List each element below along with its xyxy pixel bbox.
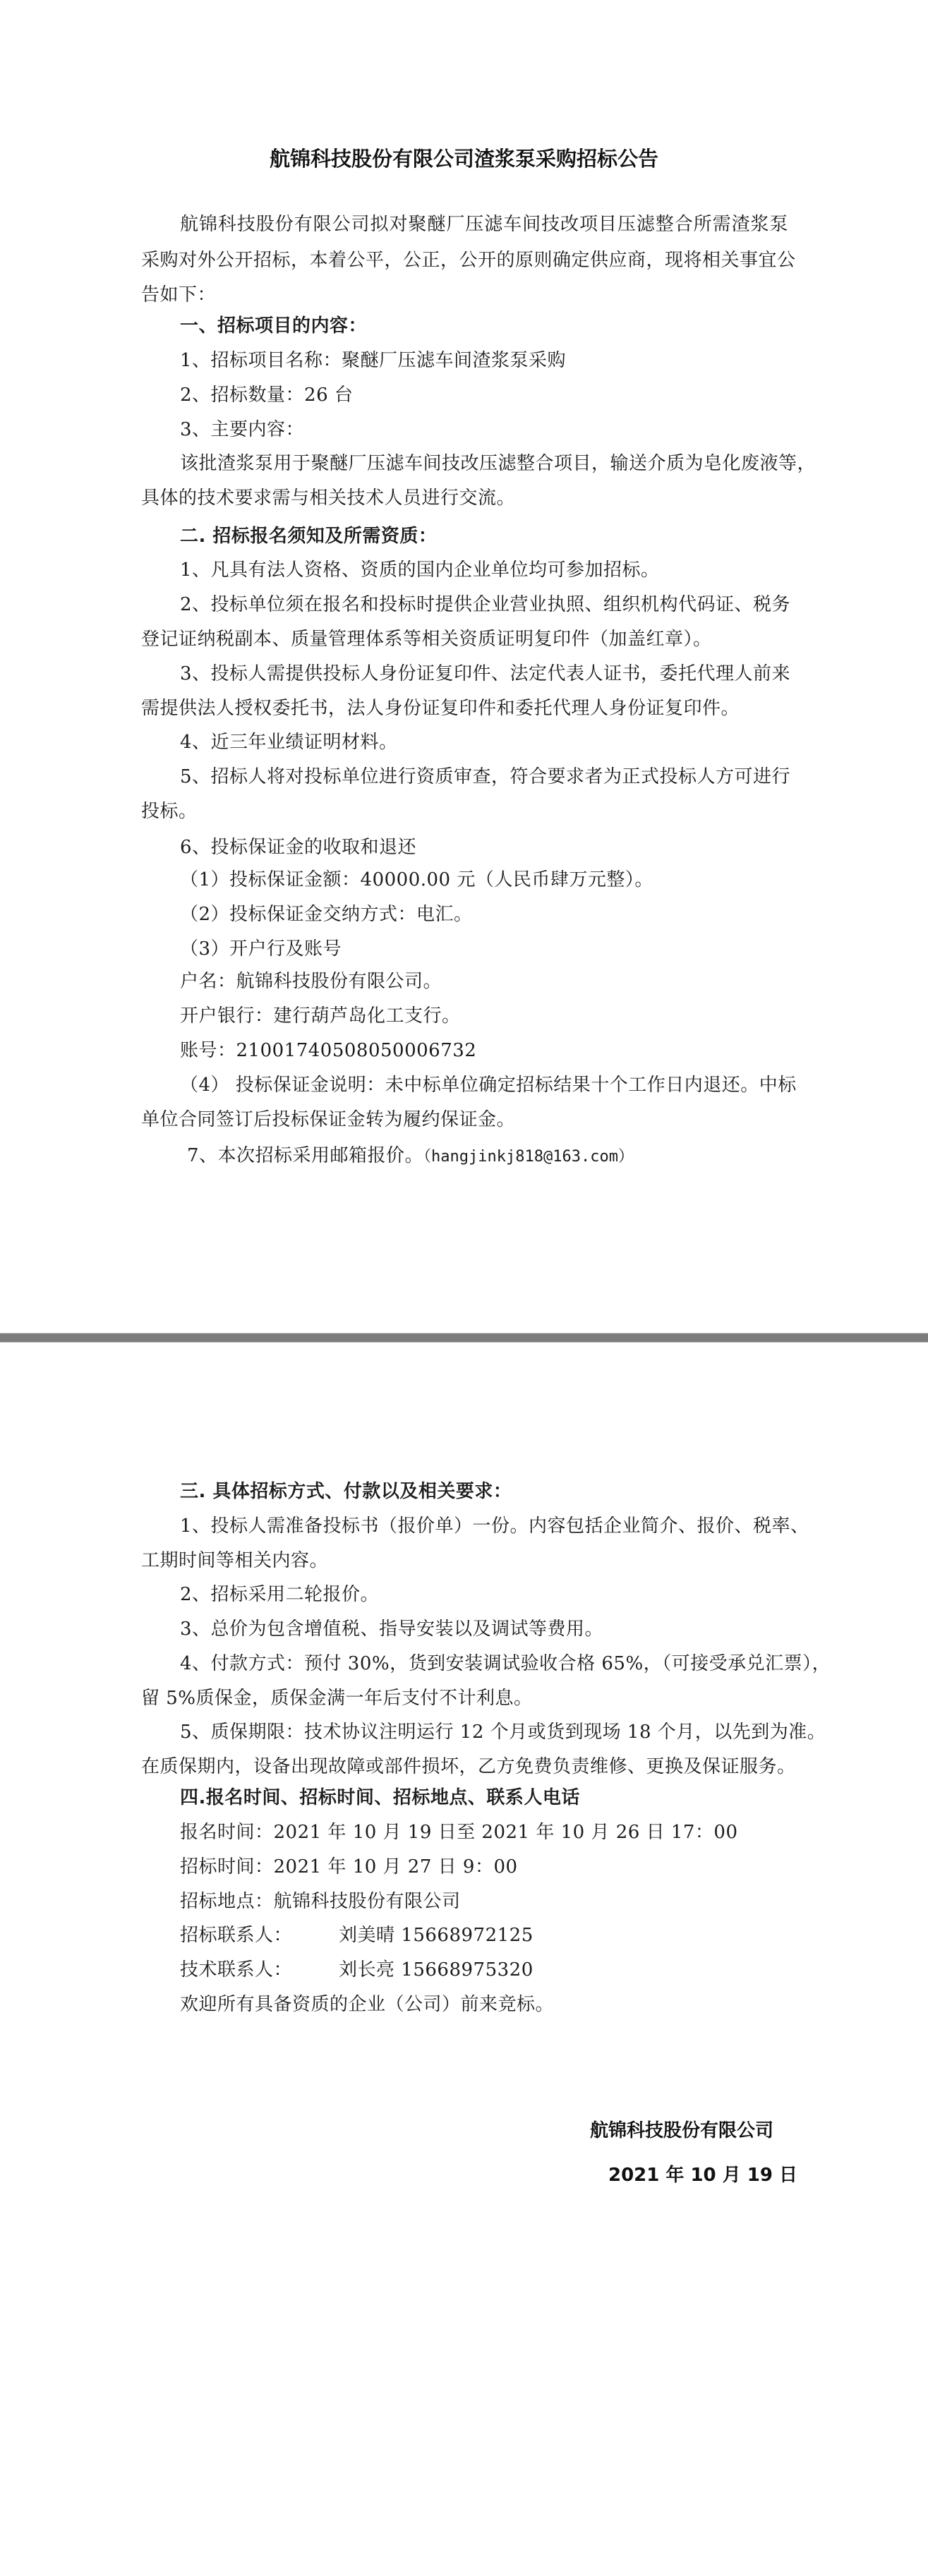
bid-contact-label: 招标联系人： <box>180 1925 292 1946</box>
section-4-heading: 四.报名时间、招标时间、招标地点、联系人电话 <box>180 1786 580 1810</box>
bank-heading: （3）开户行及账号 <box>180 937 342 961</box>
section-1-item-2: 2、招标数量：26 台 <box>180 383 353 407</box>
section-3-item-2: 2、招标采用二轮报价。 <box>180 1583 379 1607</box>
deposit-note-line-2: 单位合同签订后投标保证金转为履约保证金。 <box>141 1108 515 1132</box>
item-7-text: 7、本次招标采用邮箱报价。 <box>187 1145 423 1166</box>
document-title: 航锦科技股份有限公司渣浆泵采购招标公告 <box>0 145 928 173</box>
intro-line-3: 告如下： <box>141 283 216 307</box>
section-2-item-3-line-2: 需提供法人授权委托书，法人身份证复印件和委托代理人身份证复印件。 <box>141 696 740 720</box>
section-3-item-4-line-1: 4、付款方式：预付 30%，货到安装调试验收合格 65%，（可接受承兑汇票）， <box>180 1652 788 1676</box>
section-3-item-1-line-1: 1、投标人需准备投标书（报价单）一份。内容包括企业简介、报价、税率、 <box>180 1514 788 1538</box>
bid-contact-value: 刘美晴 15668972125 <box>339 1925 534 1946</box>
section-1-heading: 一、招标项目的内容： <box>180 314 367 338</box>
section-1-content-line-2: 具体的技术要求需与相关技术人员进行交流。 <box>141 486 515 510</box>
section-2-item-4: 4、近三年业绩证明材料。 <box>180 730 398 754</box>
email-address[interactable]: （hangjinkj818@163.com） <box>423 1148 634 1166</box>
section-2-heading: 二. 招标报名须知及所需资质： <box>180 524 437 548</box>
document-page-1: 航锦科技股份有限公司渣浆泵采购招标公告 航锦科技股份有限公司拟对聚醚厂压滤车间技… <box>0 0 928 1333</box>
section-2-item-2-line-1: 2、投标单位须在报名和投标时提供企业营业执照、组织机构代码证、税务 <box>180 593 788 617</box>
tech-contact-value: 刘长亮 15668975320 <box>339 1959 534 1981</box>
section-3-item-5-line-2: 在质保期内，设备出现故障或部件损坏，乙方免费负责维修、更换及保证服务。 <box>141 1755 788 1779</box>
section-2-item-2-line-2: 登记证纳税副本、质量管理体系等相关资质证明复印件（加盖红章）。 <box>141 627 712 651</box>
section-1-item-3: 3、主要内容： <box>180 418 304 442</box>
signature-date: 2021 年 10 月 19 日 <box>608 2163 797 2187</box>
page-separator <box>0 1333 928 1343</box>
registration-time: 报名时间：2021 年 10 月 19 日至 2021 年 10 月 26 日 … <box>180 1820 738 1844</box>
section-2-item-7: 7、本次招标采用邮箱报价。（hangjinkj818@163.com） <box>187 1144 634 1168</box>
section-3-heading: 三. 具体招标方式、付款以及相关要求： <box>180 1480 512 1504</box>
intro-line-1: 航锦科技股份有限公司拟对聚醚厂压滤车间技改项目压滤整合所需渣浆泵 <box>180 212 788 236</box>
section-2-item-5-line-1: 5、招标人将对投标单位进行资质审查，符合要求者为正式投标人方可进行 <box>180 765 788 789</box>
tech-contact: 技术联系人：刘长亮 15668975320 <box>180 1958 534 1982</box>
section-3-item-3: 3、总价为包含增值税、指导安装以及调试等费用。 <box>180 1617 603 1641</box>
intro-line-2: 采购对外公开招标，本着公平，公正，公开的原则确定供应商，现将相关事宜公 <box>141 248 788 272</box>
deposit-amount: （1）投标保证金额：40000.00 元（人民币肆万元整）。 <box>180 868 653 892</box>
welcome-line: 欢迎所有具备资质的企业（公司）前来竞标。 <box>180 1993 554 2016</box>
section-2-item-6: 6、投标保证金的收取和退还 <box>180 835 416 859</box>
section-1-item-1: 1、招标项目名称：聚醚厂压滤车间渣浆泵采购 <box>180 349 566 373</box>
section-2-item-5-line-2: 投标。 <box>141 799 198 823</box>
section-2-item-1: 1、凡具有法人资格、资质的国内企业单位均可参加招标。 <box>180 558 660 582</box>
deposit-note-line-1: （4） 投标保证金说明：未中标单位确定招标结果十个工作日内退还。中标 <box>180 1073 788 1097</box>
account-number: 账号：21001740508050006732 <box>180 1039 476 1063</box>
bank-name: 开户银行：建行葫芦岛化工支行。 <box>180 1004 461 1028</box>
section-3-item-4-line-2: 留 5%质保金，质保金满一年后支付不计利息。 <box>141 1686 533 1710</box>
bid-contact: 招标联系人：刘美晴 15668972125 <box>180 1923 534 1947</box>
section-2-item-3-line-1: 3、投标人需提供投标人身份证复印件、法定代表人证书，委托代理人前来 <box>180 662 788 686</box>
bid-time: 招标时间：2021 年 10 月 27 日 9：00 <box>180 1855 518 1879</box>
section-3-item-5-line-1: 5、质保期限：技术协议注明运行 12 个月或货到现场 18 个月，以先到为准。 <box>180 1720 788 1744</box>
account-name: 户名：航锦科技股份有限公司。 <box>180 969 442 993</box>
signature-company: 航锦科技股份有限公司 <box>590 2119 773 2143</box>
document-page-2: 三. 具体招标方式、付款以及相关要求： 1、投标人需准备投标书（报价单）一份。内… <box>0 1343 928 2576</box>
bid-location: 招标地点：航锦科技股份有限公司 <box>180 1889 461 1913</box>
tech-contact-label: 技术联系人： <box>180 1959 292 1981</box>
section-1-content-line-1: 该批渣浆泵用于聚醚厂压滤车间技改压滤整合项目，输送介质为皂化废液等， <box>180 452 788 476</box>
section-3-item-1-line-2: 工期时间等相关内容。 <box>141 1549 328 1573</box>
deposit-method: （2）投标保证金交纳方式：电汇。 <box>180 902 473 926</box>
